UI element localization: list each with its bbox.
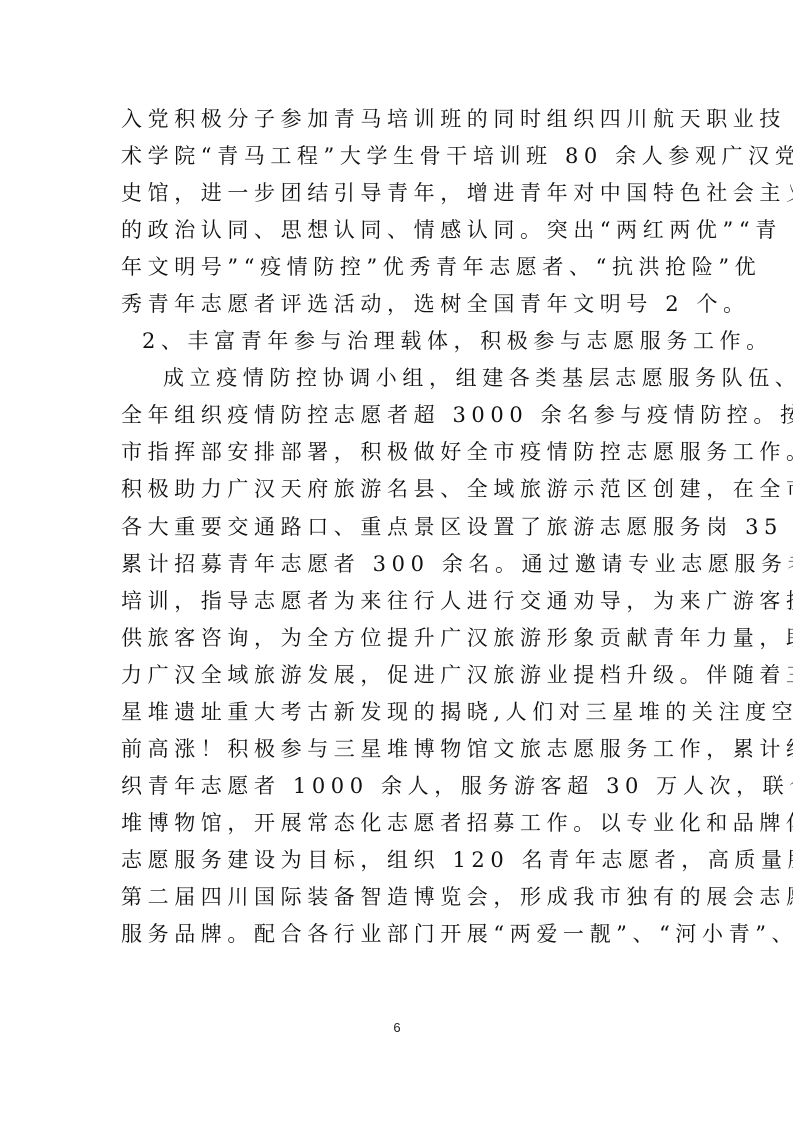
text-line: 入党积极分子参加青马培训班的同时组织四川航天职业技 [121,101,681,138]
text-line: 志愿服务建设为目标，组织 120 名青年志愿者，高质量服务 [121,842,681,879]
text-line: 供旅客咨询，为全方位提升广汉旅游形象贡献青年力量，助 [121,620,681,657]
text-line: 服务品牌。配合各行业部门开展“两爱一靓”、“河小青”、 [121,916,681,953]
text-line: 织青年志愿者 1000 余人，服务游客超 30 万人次，联合三星 [121,768,681,805]
text-line: 市指挥部安排部署，积极做好全市疫情防控志愿服务工作。 [121,434,681,471]
text-line: 累计招募青年志愿者 300 余名。通过邀请专业志愿服务老师 [121,546,681,583]
body-text: 入党积极分子参加青马培训班的同时组织四川航天职业技 术学院“青马工程”大学生骨干… [121,101,681,953]
text-line: 全年组织疫情防控志愿者超 3000 余名参与疫情防控。按照 [121,397,681,434]
text-line: 星堆遗址重大考古新发现的揭晓,人们对三星堆的关注度空 [121,694,681,731]
text-line: 第二届四川国际装备智造博览会，形成我市独有的展会志愿 [121,879,681,916]
paragraph-first-line: 成立疫情防控协调小组，组建各类基层志愿服务队伍、 [121,360,681,397]
text-line: 年文明号”“疫情防控”优秀青年志愿者、“抗洪抢险”优 [121,249,681,286]
text-line: 史馆，进一步团结引导青年，增进青年对中国特色社会主义 [121,175,681,212]
text-line: 前高涨！积极参与三星堆博物馆文旅志愿服务工作，累计组 [121,731,681,768]
text-line: 积极助力广汉天府旅游名县、全域旅游示范区创建，在全市 [121,471,681,508]
text-line: 术学院“青马工程”大学生骨干培训班 80 余人参观广汉党 [121,138,681,175]
text-line: 堆博物馆，开展常态化志愿者招募工作。以专业化和品牌化 [121,805,681,842]
text-line: 力广汉全域旅游发展，促进广汉旅游业提档升级。伴随着三 [121,657,681,694]
text-line: 秀青年志愿者评选活动，选树全国青年文明号 2 个。 [121,286,681,323]
section-heading: 2、丰富青年参与治理载体，积极参与志愿服务工作。 [121,323,681,360]
document-page: 入党积极分子参加青马培训班的同时组织四川航天职业技 术学院“青马工程”大学生骨干… [0,0,793,1122]
text-line: 的政治认同、思想认同、情感认同。突出“两红两优”“青 [121,212,681,249]
text-line: 培训，指导志愿者为来往行人进行交通劝导，为来广游客提 [121,583,681,620]
page-number: 6 [390,1020,404,1035]
text-line: 各大重要交通路口、重点景区设置了旅游志愿服务岗 35 处， [121,509,681,546]
